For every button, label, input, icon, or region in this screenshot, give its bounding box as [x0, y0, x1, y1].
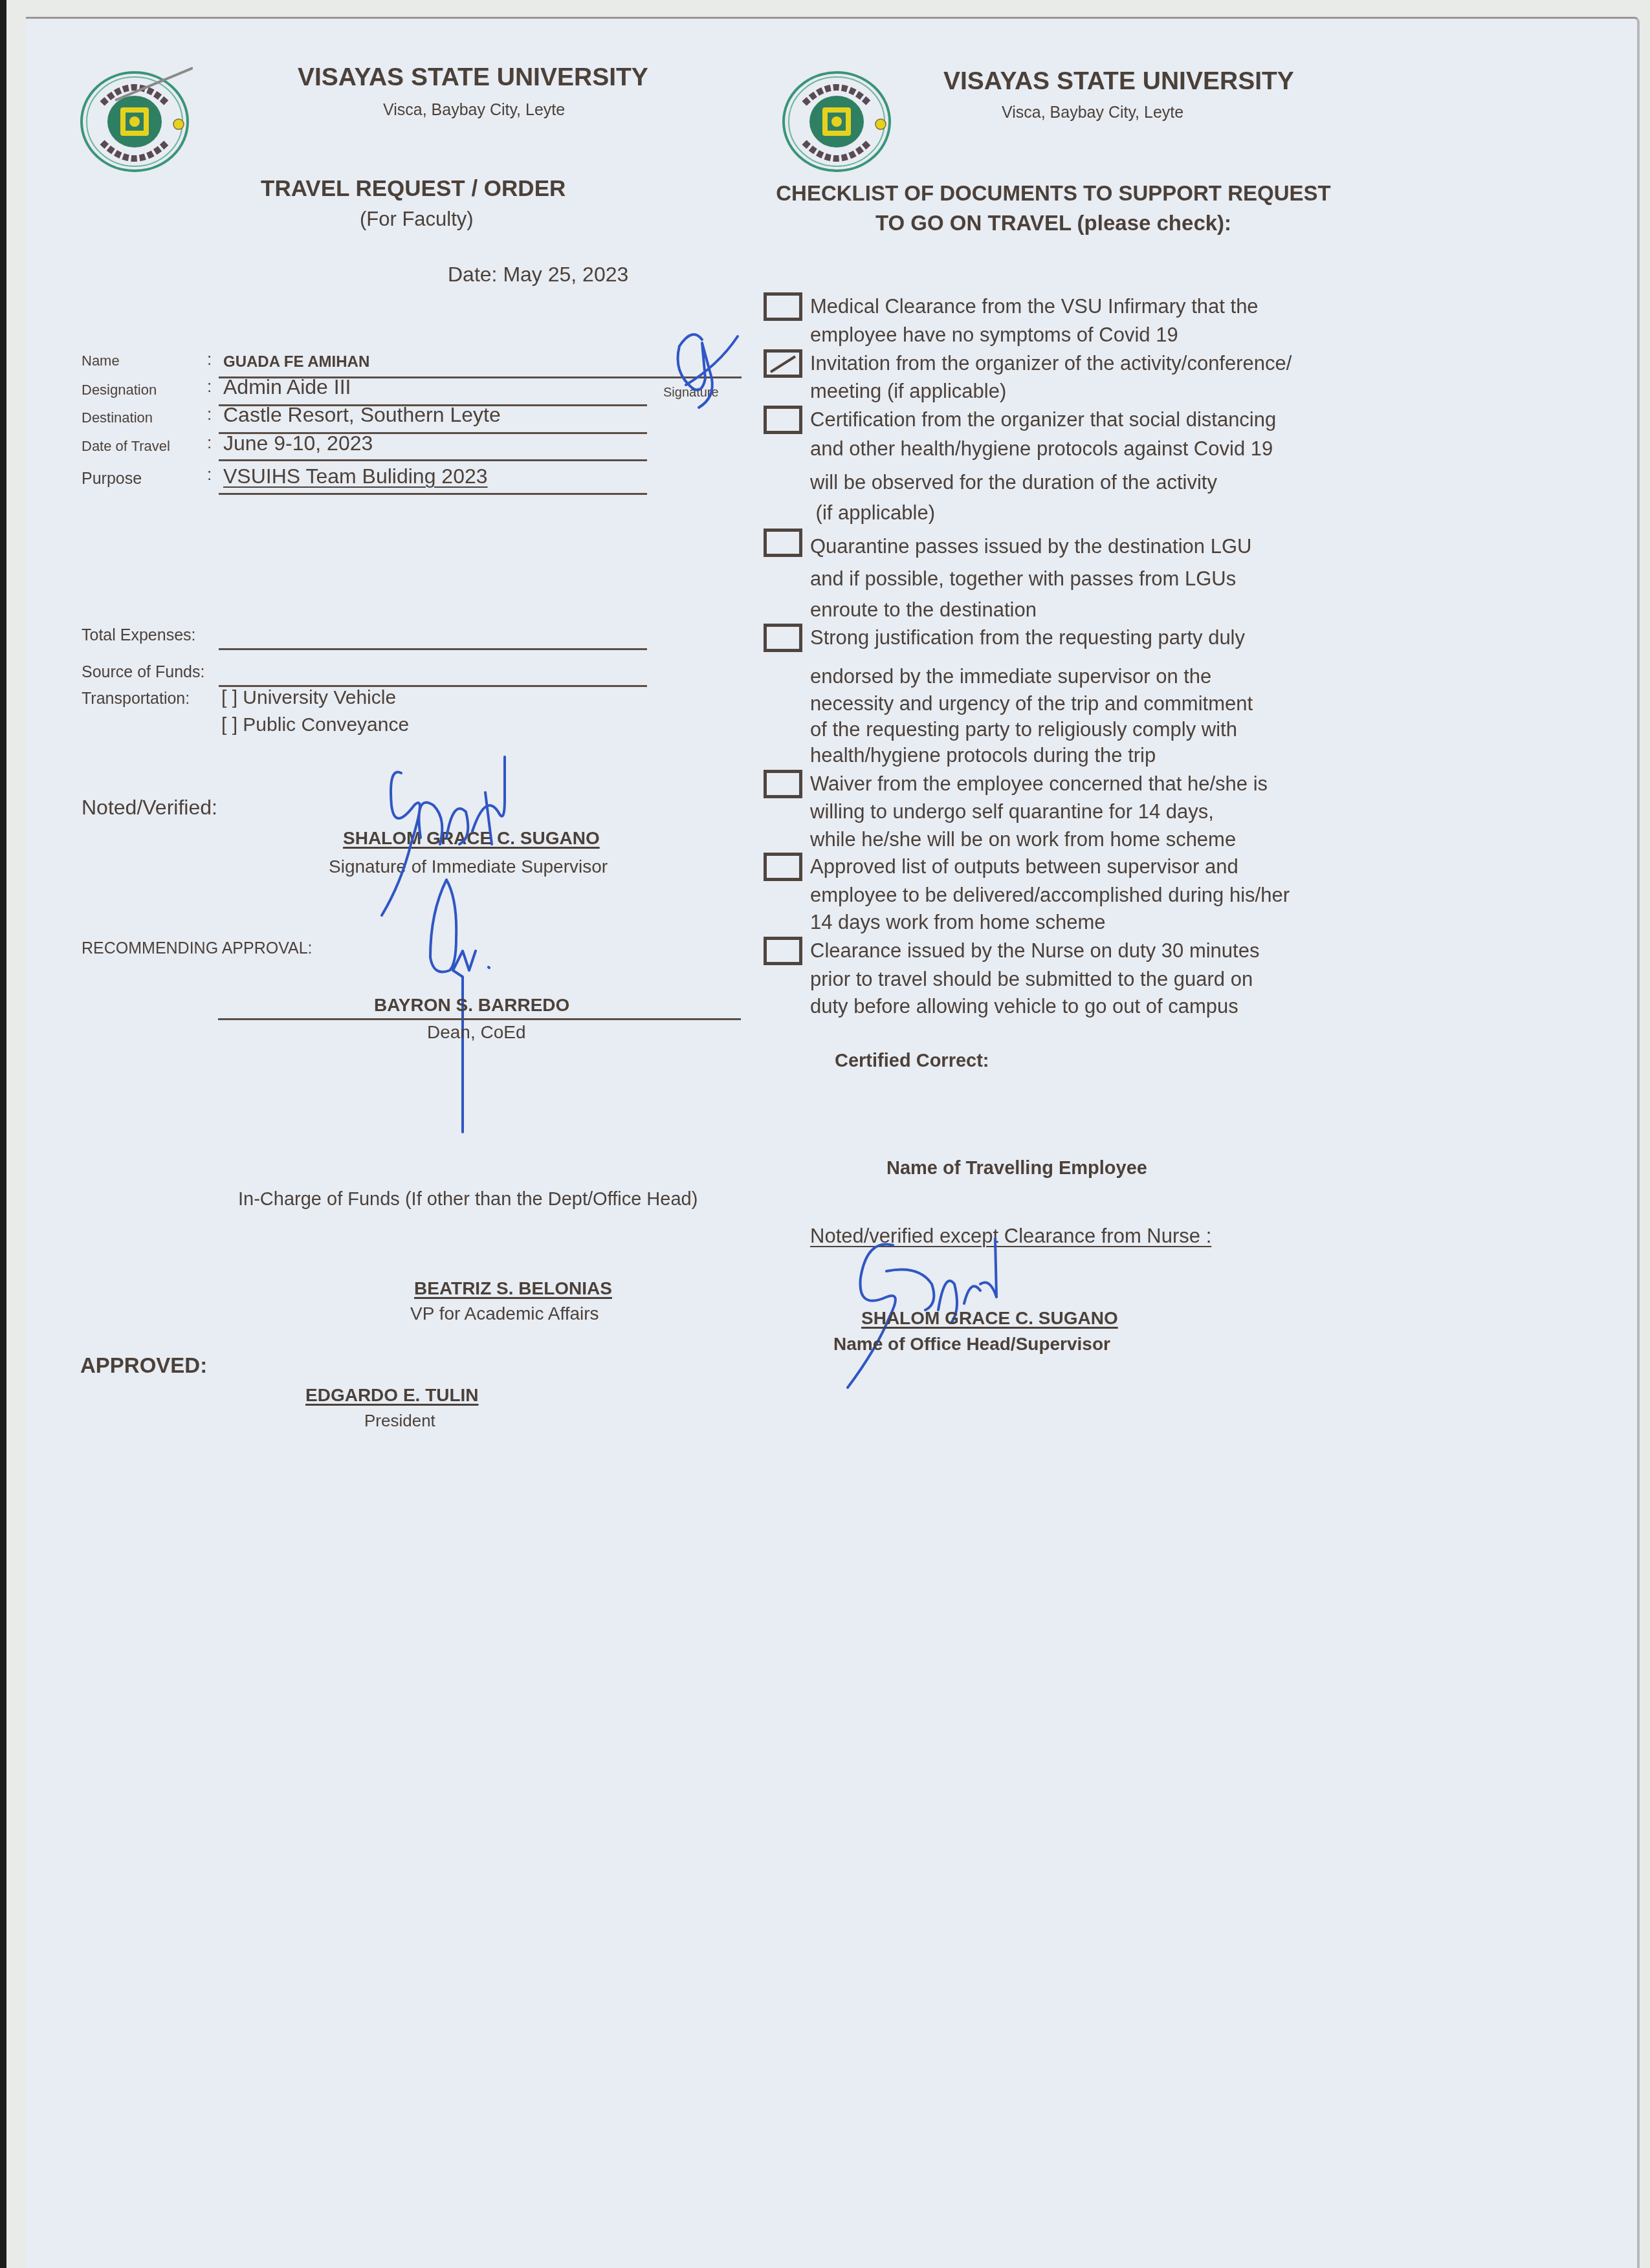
field-label-destination: Destination [82, 409, 153, 426]
travelling-employee-label: Name of Travelling Employee [886, 1158, 1147, 1179]
field-label-designation: Designation [82, 382, 157, 398]
field-label-purpose: Purpose [82, 470, 142, 488]
checklist-item-text: employee to be delivered/accomplished du… [810, 884, 1290, 907]
checklist-item-text: Invitation from the organizer of the act… [810, 352, 1292, 375]
checklist-item-text: endorsed by the immediate supervisor on … [810, 665, 1211, 688]
certified-correct-label: Certified Correct: [835, 1051, 989, 1072]
checklist-checkbox-certification[interactable] [764, 406, 802, 434]
vp-name: BEATRIZ S. BELONIAS [414, 1278, 612, 1299]
field-label-name: Name [82, 353, 120, 369]
purpose-underline [219, 493, 647, 495]
checklist-item-text: meeting (if applicable) [810, 380, 1006, 403]
checkbox-bracket-icon: [ ] [221, 714, 237, 736]
request-date: Date: May 25, 2023 [448, 263, 628, 287]
transport-option-university-vehicle[interactable]: [ ] University Vehicle [221, 687, 396, 709]
office-head-role: Name of Office Head/Supervisor [833, 1334, 1110, 1355]
source-of-funds-label: Source of Funds: [82, 663, 204, 682]
field-colon: : [207, 376, 212, 397]
field-label-date-of-travel: Date of Travel [82, 438, 170, 455]
left-university-address: Visca, Baybay City, Leyte [383, 101, 565, 120]
checklist-checkbox-quarantine-passes[interactable] [764, 529, 802, 557]
dean-role: Dean, CoEd [427, 1022, 526, 1043]
checklist-checkbox-approved-outputs[interactable] [764, 853, 802, 881]
checklist-item-text: Clearance issued by the Nurse on duty 30… [810, 939, 1259, 963]
checklist-item-text: of the requesting party to religiously c… [810, 718, 1237, 741]
right-university-name: VISAYAS STATE UNIVERSITY [943, 67, 1294, 96]
field-colon: : [207, 349, 212, 369]
checklist-checkbox-waiver[interactable] [764, 770, 802, 798]
dean-name: BAYRON S. BARREDO [374, 995, 569, 1016]
checklist-item-text: 14 days work from home scheme [810, 911, 1106, 934]
checklist-item-text: enroute to the destination [810, 598, 1037, 622]
transport-option-label: Public Conveyance [243, 714, 409, 736]
checkmark-slash-icon [767, 353, 799, 375]
dean-signature-line [218, 1018, 741, 1020]
vsu-logo-icon [778, 65, 895, 175]
field-colon: : [207, 433, 212, 453]
in-charge-of-funds-label: In-Charge of Funds (If other than the De… [238, 1189, 698, 1210]
checklist-checkbox-medical-clearance[interactable] [764, 292, 802, 321]
checklist-item-text: Approved list of outputs between supervi… [810, 855, 1238, 878]
field-value-name[interactable]: GUADA FE AMIHAN [223, 353, 369, 371]
transportation-label: Transportation: [82, 690, 190, 708]
transport-option-public-conveyance[interactable]: [ ] Public Conveyance [221, 714, 409, 736]
checklist-title-line2: TO GO ON TRAVEL (please check): [769, 211, 1338, 235]
total-expenses-label: Total Expenses: [82, 626, 196, 645]
checkbox-bracket-icon: [ ] [221, 687, 237, 708]
checklist-checkbox-strong-justification[interactable] [764, 624, 802, 652]
checklist-checkbox-invitation[interactable] [764, 349, 802, 378]
noted-verified-label: Noted/Verified: [82, 796, 217, 820]
checklist-item-text: employee have no symptoms of Covid 19 [810, 323, 1178, 347]
checklist-item-text: will be observed for the duration of the… [810, 471, 1217, 494]
checklist-item-text: health/hygiene protocols during the trip [810, 744, 1156, 767]
applicant-signature [666, 327, 757, 411]
total-expenses-field[interactable] [219, 648, 647, 650]
approved-label: APPROVED: [80, 1353, 207, 1378]
checklist-item-text: Quarantine passes issued by the destinat… [810, 535, 1251, 558]
field-value-purpose[interactable]: VSUIHS Team Buliding 2023 [223, 464, 488, 488]
checklist-title-line1: CHECKLIST OF DOCUMENTS TO SUPPORT REQUES… [769, 181, 1338, 206]
checklist-item-text: and if possible, together with passes fr… [810, 567, 1236, 591]
checklist-item-text: Certification from the organizer that so… [810, 408, 1276, 431]
checklist-item-text: necessity and urgency of the trip and co… [810, 692, 1253, 715]
form-title: TRAVEL REQUEST / ORDER [261, 176, 566, 202]
president-name: EDGARDO E. TULIN [305, 1385, 479, 1406]
checklist-item-text: while he/she will be on work from home s… [810, 828, 1236, 851]
vp-role: VP for Academic Affairs [410, 1303, 599, 1324]
checklist-item-text: Waiver from the employee concerned that … [810, 772, 1268, 796]
checklist-item-text: (if applicable) [810, 501, 935, 525]
field-value-destination[interactable]: Castle Resort, Southern Leyte [223, 403, 501, 427]
office-head-name: SHALOM GRACE C. SUGANO [861, 1308, 1118, 1329]
recommending-approval-label: RECOMMENDING APPROVAL: [82, 939, 313, 958]
checklist-item-text: and other health/hygiene protocols again… [810, 437, 1273, 461]
checklist-item-text: duty before allowing vehicle to go out o… [810, 995, 1238, 1018]
checklist-item-text: prior to travel should be submitted to t… [810, 968, 1253, 991]
field-value-date-of-travel[interactable]: June 9-10, 2023 [223, 431, 373, 455]
transport-option-label: University Vehicle [243, 687, 396, 708]
right-university-address: Visca, Baybay City, Leyte [1002, 104, 1183, 122]
left-university-name: VISAYAS STATE UNIVERSITY [298, 63, 648, 92]
vsu-logo-icon [76, 65, 193, 175]
form-subtitle: (For Faculty) [360, 208, 474, 231]
checklist-item-text: Medical Clearance from the VSU Infirmary… [810, 295, 1259, 318]
president-role: President [364, 1411, 435, 1431]
date-of-travel-underline [219, 459, 647, 461]
checklist-item-text: willing to undergo self quarantine for 1… [810, 800, 1214, 823]
field-value-designation[interactable]: Admin Aide III [223, 375, 351, 399]
field-colon: : [207, 404, 212, 424]
checklist-item-text: Strong justification from the requesting… [810, 626, 1245, 649]
field-colon: : [207, 464, 212, 485]
checklist-checkbox-nurse-clearance[interactable] [764, 937, 802, 965]
